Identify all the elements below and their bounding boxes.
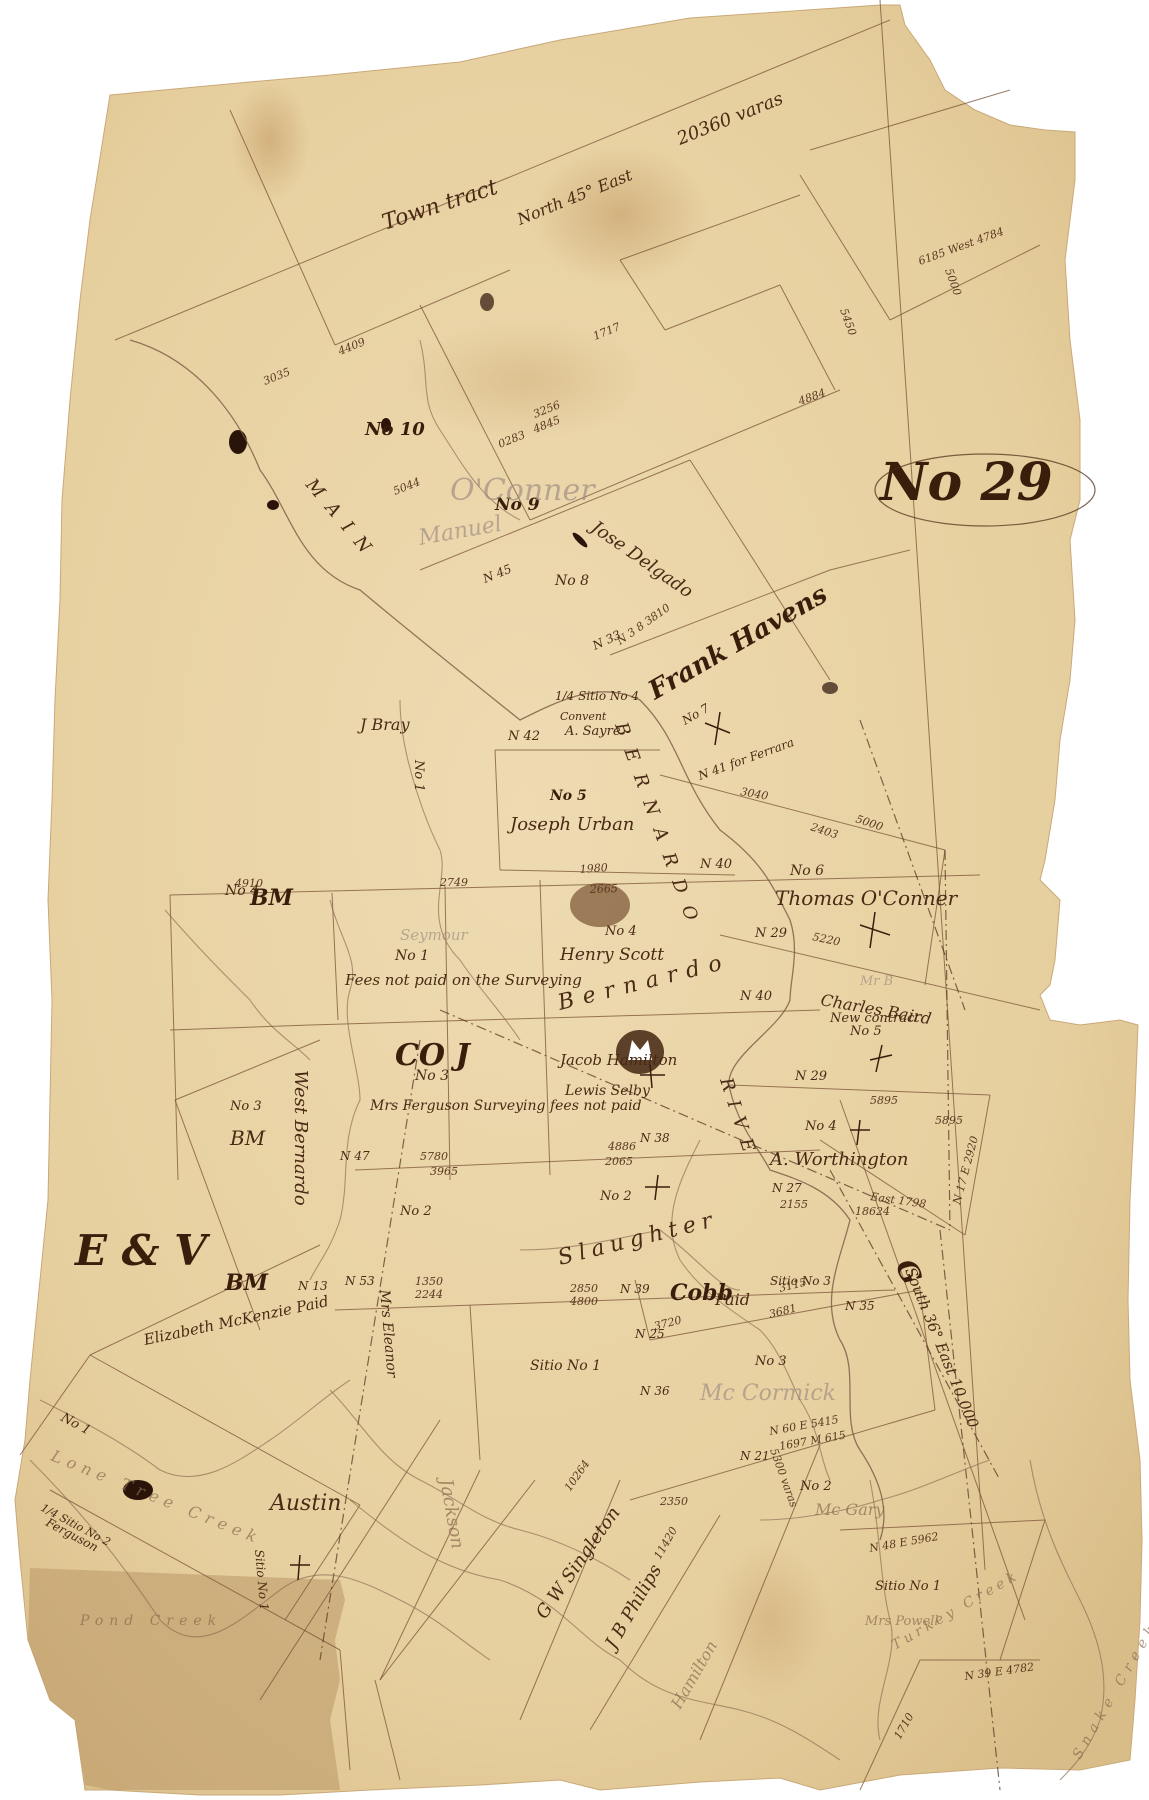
tract-label: No 8 — [554, 573, 589, 589]
svg-text:N 47: N 47 — [339, 1149, 370, 1163]
tract-owner: J Bray — [357, 715, 410, 734]
water-stain — [710, 1540, 830, 1700]
tract-label: No 2 — [799, 1479, 832, 1494]
svg-text:N 13: N 13 — [297, 1279, 328, 1293]
tract-label: 1/4 Sitio No 4 — [555, 689, 639, 703]
heading-pond-creek: Pond Creek — [79, 1613, 222, 1629]
tract-label: No 1 — [394, 948, 429, 964]
tract-label: No 4 — [804, 1119, 837, 1134]
svg-text:1350: 1350 — [415, 1275, 443, 1288]
catalog-number: No 29 — [878, 452, 1053, 513]
svg-text:N 36: N 36 — [639, 1384, 670, 1398]
svg-text:4886: 4886 — [607, 1140, 636, 1153]
tract-extra: Convent — [560, 710, 607, 723]
water-stain — [405, 320, 645, 440]
tract-owner: CO J — [395, 1038, 471, 1073]
tract-label: Sitio No 1 — [530, 1358, 601, 1374]
svg-text:N 29: N 29 — [754, 926, 787, 941]
svg-text:N 29: N 29 — [794, 1069, 827, 1084]
tract-owner: Mc Gary — [814, 1500, 885, 1519]
svg-text:5895: 5895 — [935, 1114, 963, 1127]
tract-owner: Joseph Urban — [506, 814, 634, 835]
svg-text:5780: 5780 — [420, 1150, 448, 1163]
svg-text:N 42: N 42 — [507, 729, 540, 744]
tract-note: Fees not paid on the Surveying — [344, 971, 582, 989]
tract-label: No 10 — [364, 419, 425, 440]
water-stain — [230, 80, 310, 200]
tract-note: Lewis Selby — [564, 1083, 651, 1099]
svg-text:2244: 2244 — [414, 1288, 443, 1301]
tract-owner: Austin — [268, 1491, 341, 1516]
svg-text:N 53: N 53 — [344, 1274, 375, 1288]
svg-text:2665: 2665 — [589, 882, 618, 896]
svg-text:2749: 2749 — [439, 876, 468, 889]
tract-owner: Henry Scott — [559, 945, 664, 965]
tract-note: Paid — [714, 1290, 750, 1309]
tract-owner: Thomas O'Conner — [775, 886, 959, 910]
tract-label: No 6 — [789, 863, 824, 879]
tract-label: No 3 — [229, 1099, 262, 1114]
svg-text:N 35: N 35 — [844, 1299, 875, 1313]
tract-owner: Seymour — [400, 926, 469, 944]
ink-blot — [822, 682, 838, 694]
ink-blot — [229, 430, 247, 454]
tract-owner: A. Sayre — [564, 724, 621, 739]
tract-label: No 2 — [599, 1189, 632, 1204]
tract-owner: Mc Cormick — [699, 1381, 836, 1406]
svg-text:5895: 5895 — [870, 1094, 898, 1107]
svg-text:4910: 4910 — [234, 877, 263, 890]
tract-label: No 3 — [754, 1354, 787, 1369]
tract-owner: Jacob Hamilton — [557, 1051, 677, 1069]
tract-note: New contract — [829, 1011, 920, 1026]
svg-text:N 39: N 39 — [619, 1282, 650, 1296]
svg-text:1980: 1980 — [579, 861, 608, 876]
svg-text:3965: 3965 — [430, 1165, 458, 1178]
svg-text:2065: 2065 — [604, 1155, 633, 1168]
survey-map: No 29 Town tract North 45° East 20360 va… — [0, 0, 1149, 1800]
ink-blot — [267, 500, 279, 510]
heading-e-and-v: E & V — [74, 1226, 211, 1275]
tract-label: No 5 — [549, 788, 587, 804]
tract-note: Mrs Ferguson Surveying fees not paid — [369, 1098, 642, 1114]
tract-owner: O'Conner — [450, 473, 596, 508]
tract-label: No 1 — [411, 759, 426, 792]
ink-blot — [480, 293, 494, 311]
svg-text:2350: 2350 — [659, 1495, 688, 1508]
svg-text:4800: 4800 — [569, 1295, 598, 1308]
heading-west-bernardo: West Bernardo — [290, 1070, 311, 1206]
tract-owner: A. Worthington — [768, 1149, 909, 1170]
water-stain — [530, 145, 710, 285]
tract-owner: BM — [229, 1126, 266, 1150]
tract-label: No 2 — [399, 1204, 432, 1219]
tract-extra: Mr B — [859, 974, 893, 989]
svg-text:N 21: N 21 — [739, 1449, 770, 1463]
tract-label: No 5 — [849, 1024, 882, 1039]
tract-owner: Mrs Powell — [864, 1614, 939, 1629]
svg-text:2850: 2850 — [569, 1282, 598, 1295]
svg-text:18624: 18624 — [855, 1205, 890, 1218]
svg-text:N 40: N 40 — [699, 857, 732, 872]
tract-label: Sitio No 1 — [875, 1579, 941, 1594]
svg-text:2155: 2155 — [779, 1198, 808, 1211]
svg-text:N 40: N 40 — [739, 989, 772, 1004]
tract-label: No 4 — [604, 924, 637, 939]
svg-text:N 38: N 38 — [639, 1131, 670, 1145]
tract-owner: BM — [224, 1270, 269, 1296]
svg-text:N 27: N 27 — [771, 1181, 802, 1195]
